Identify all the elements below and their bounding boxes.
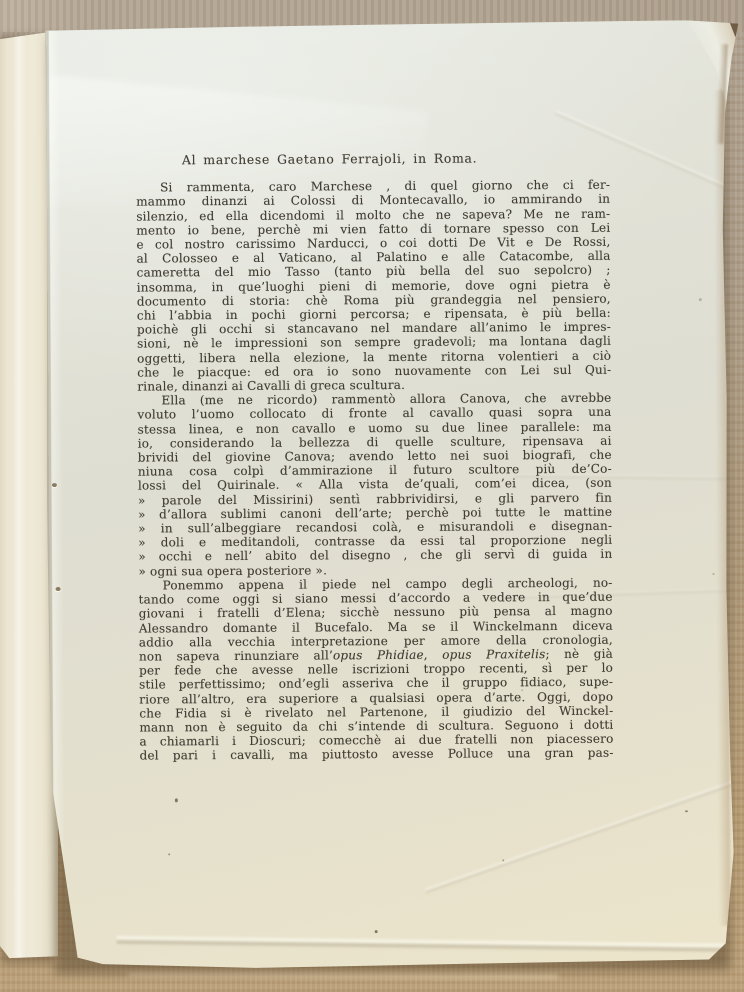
foxing-spot xyxy=(685,810,688,812)
foxing-spot xyxy=(502,859,504,861)
dedication-heading: Al marchese Gaetano Ferrajoli, in Roma. xyxy=(182,151,610,168)
stitch-hole xyxy=(56,587,61,591)
text-line: » occhi e nell’ abito del disegno , che … xyxy=(138,547,612,564)
foxing-spot xyxy=(175,798,178,802)
paragraph-3: Ponemmo appena il piede nel campo degli … xyxy=(139,576,614,764)
foxing-spot xyxy=(168,853,170,855)
paragraph-1: Si rammenta, caro Marchese , di quel gio… xyxy=(136,178,611,394)
foxing-spot xyxy=(712,573,714,575)
paper-crease xyxy=(425,777,744,893)
paper-crease xyxy=(117,936,727,952)
page-text: Al marchese Gaetano Ferrajoli, in Roma. … xyxy=(136,151,614,763)
foxing-spot xyxy=(375,930,378,933)
book-page: Al marchese Gaetano Ferrajoli, in Roma. … xyxy=(41,20,744,970)
text-line: del pari i cavalli, ma piuttosto avesse … xyxy=(140,746,614,763)
photo-scene: Al marchese Gaetano Ferrajoli, in Roma. … xyxy=(0,0,744,992)
underlying-page-fold xyxy=(12,28,26,959)
paragraph-2: Ella (me ne ricordo) rammentò allora Can… xyxy=(137,391,612,579)
text-line: che le piacque: ed ora io sono nuovament… xyxy=(137,363,611,380)
stitch-hole xyxy=(52,483,57,487)
foxing-spot xyxy=(699,298,702,301)
